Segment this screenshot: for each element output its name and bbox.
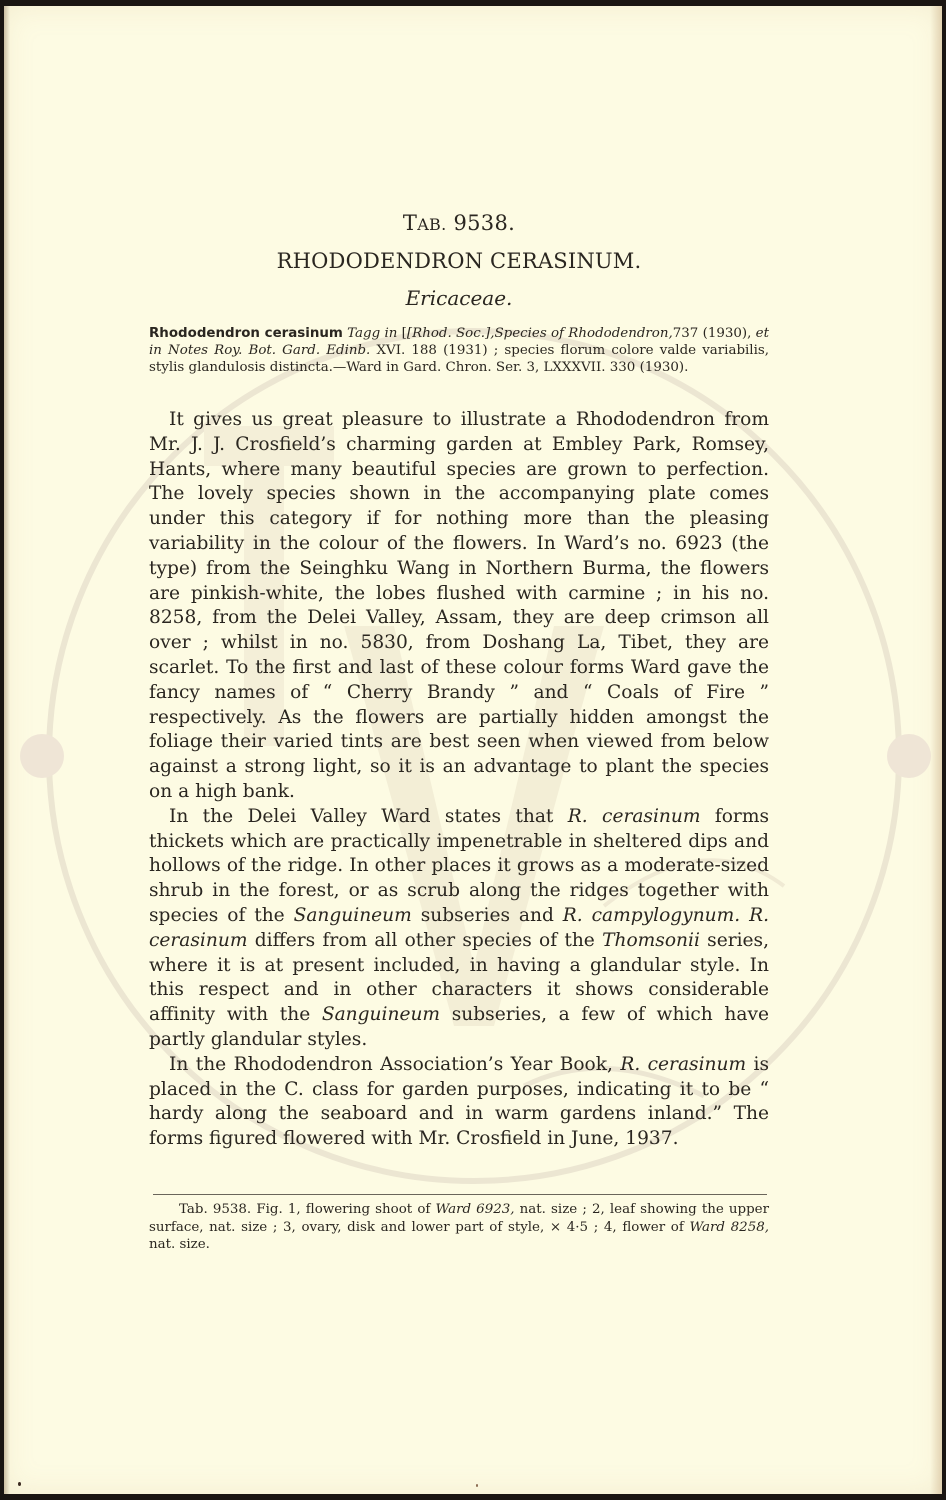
body-text: It gives us great pleasure to illustrate… xyxy=(149,408,769,1152)
bracket-ref: [[Rhod. Soc.], xyxy=(402,326,495,341)
author-ref: Tagg in xyxy=(347,326,397,341)
paragraph-3: In the Rhododendron Association’s Year B… xyxy=(149,1053,769,1152)
plate-caption: Tab. 9538. Fig. 1, flowering shoot of Wa… xyxy=(149,1201,769,1254)
family-name: Ericaceae. xyxy=(149,286,769,310)
tab-prefix-cap: T xyxy=(403,211,417,235)
plate-number: TAB. 9538. xyxy=(149,211,769,235)
footnote-divider xyxy=(153,1194,767,1195)
paragraph-1: It gives us great pleasure to illustrate… xyxy=(149,408,769,805)
tab-number: 9538. xyxy=(453,211,515,235)
work-title: Species of Rhododendron, xyxy=(494,326,672,341)
paragraph-2: In the Delei Valley Ward states that R. … xyxy=(149,805,769,1053)
work-page: 737 (1930), xyxy=(673,326,752,341)
tab-prefix-rest: AB. xyxy=(417,215,446,234)
page-title: RHODODENDRON CERASINUM. xyxy=(149,249,769,273)
paper-speck xyxy=(476,1484,478,1487)
scanned-page: TAB. 9538. RHODODENDRON CERASINUM. Erica… xyxy=(4,6,942,1494)
botanical-citation: Rhododendron cerasinum Tagg in [[Rhod. S… xyxy=(149,325,769,376)
species-name: Rhododendron cerasinum xyxy=(149,326,343,341)
paper-speck xyxy=(18,1482,21,1486)
